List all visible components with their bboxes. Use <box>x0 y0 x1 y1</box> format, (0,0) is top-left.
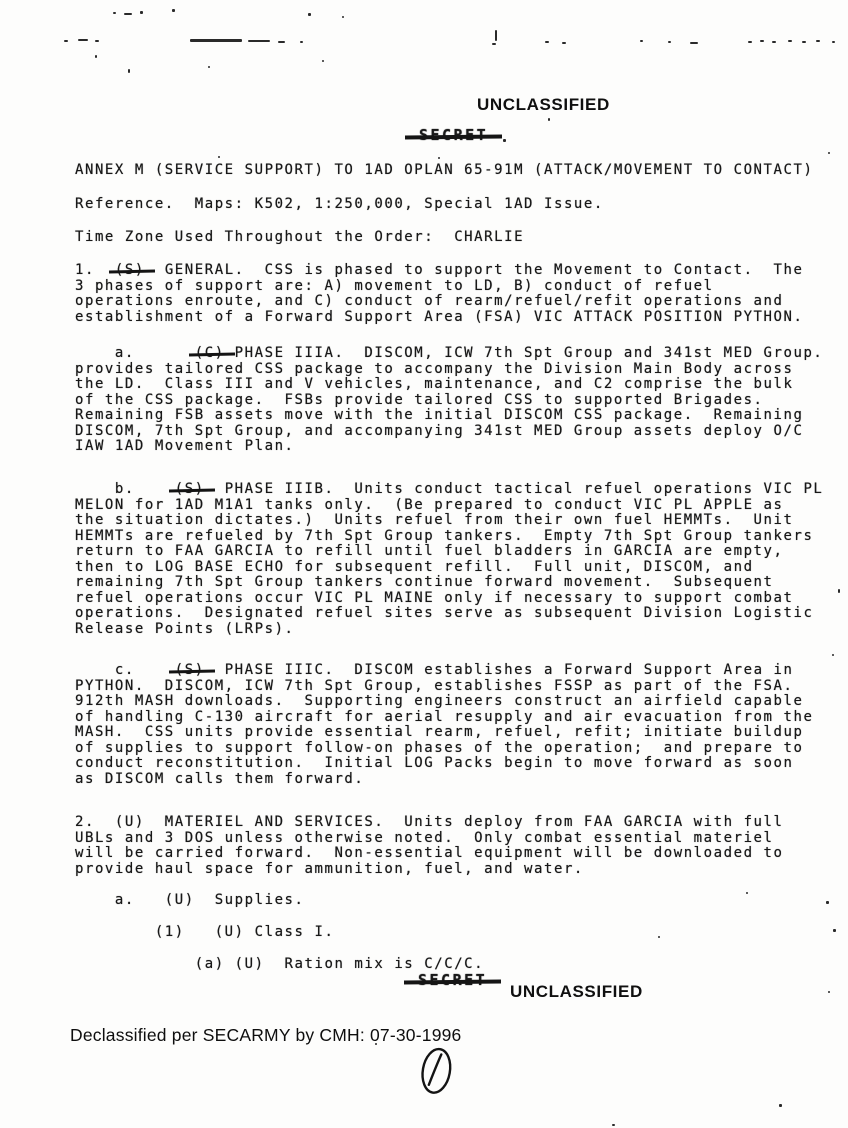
paragraph-line: the situation dictates.) Units refuel fr… <box>75 513 823 529</box>
paragraph-line: Remaining FSB assets move with the initi… <box>75 408 823 424</box>
classification-mark: (S) <box>115 263 145 279</box>
paragraph-line: HEMMTs are refueled by 7th Spt Group tan… <box>75 529 823 545</box>
paragraph-line: remaining 7th Spt Group tankers continue… <box>75 575 823 591</box>
paragraph-line: 1. (S) GENERAL. CSS is phased to support… <box>75 263 803 279</box>
paragraph-phase-iiia: a. (C) PHASE IIIA. DISCOM, ICW 7th Spt G… <box>75 346 823 455</box>
paragraph-line: IAW 1AD Movement Plan. <box>75 439 823 455</box>
paragraph-phase-iiic: c. (S) PHASE IIIC. DISCOM establishes a … <box>75 663 813 787</box>
classification-stamp-top: UNCLASSIFIED <box>477 95 610 115</box>
paragraph-line: refuel operations occur VIC PL MAINE onl… <box>75 591 823 607</box>
paragraph-line: provide haul space for ammunition, fuel,… <box>75 862 784 878</box>
paragraph-line: establishment of a Forward Support Area … <box>75 310 803 326</box>
classification-mark: (C) <box>195 346 225 362</box>
paragraph-line: 2. (U) MATERIEL AND SERVICES. Units depl… <box>75 815 784 831</box>
paragraph-line: return to FAA GARCIA to refill until fue… <box>75 544 823 560</box>
paragraph-line: 3 phases of support are: A) movement to … <box>75 279 803 295</box>
circled-page-number <box>414 1044 460 1102</box>
paragraph-line: of the CSS package. FSBs provide tailore… <box>75 393 823 409</box>
secret-stamp-bottom: SECRET <box>418 971 487 989</box>
paragraph-line: a. (C) PHASE IIIA. DISCOM, ICW 7th Spt G… <box>75 346 823 362</box>
reference-line: Reference. Maps: K502, 1:250,000, Specia… <box>75 197 604 213</box>
paragraph-general: 1. (S) GENERAL. CSS is phased to support… <box>75 263 803 325</box>
paragraph-line: DISCOM, 7th Spt Group, and accompanying … <box>75 424 823 440</box>
paragraph-line: conduct reconstitution. Initial LOG Pack… <box>75 756 813 772</box>
paragraph-line: the LD. Class III and V vehicles, mainte… <box>75 377 823 393</box>
secret-stamp-top: SECRET <box>419 126 488 144</box>
subitem-class-i: (1) (U) Class I. <box>75 925 334 941</box>
paragraph-line: MELON for 1AD M1A1 tanks only. (Be prepa… <box>75 498 823 514</box>
paragraph-line: of handling C-130 aircraft for aerial re… <box>75 710 813 726</box>
time-zone-line: Time Zone Used Throughout the Order: CHA… <box>75 230 524 246</box>
classification-mark: (S) <box>175 482 205 498</box>
document-page: UNCLASSIFIED SECRET ANNEX M (SERVICE SUP… <box>0 0 848 1128</box>
paragraph-line: UBLs and 3 DOS unless otherwise noted. O… <box>75 831 784 847</box>
paragraph-line: provides tailored CSS package to accompa… <box>75 362 823 378</box>
paragraph-line: will be carried forward. Non-essential e… <box>75 846 784 862</box>
paragraph-line: c. (S) PHASE IIIC. DISCOM establishes a … <box>75 663 813 679</box>
paragraph-line: operations. Designated refuel sites serv… <box>75 606 823 622</box>
subitem-supplies: a. (U) Supplies. <box>75 893 305 909</box>
paragraph-line: MASH. CSS units provide essential rearm,… <box>75 725 813 741</box>
paragraph-line: 912th MASH downloads. Supporting enginee… <box>75 694 813 710</box>
paragraph-phase-iiib: b. (S) PHASE IIIB. Units conduct tactica… <box>75 482 823 637</box>
paragraph-line: b. (S) PHASE IIIB. Units conduct tactica… <box>75 482 823 498</box>
paragraph-line: operations enroute, and C) conduct of re… <box>75 294 803 310</box>
classification-stamp-bottom: UNCLASSIFIED <box>510 982 643 1002</box>
classification-mark: (S) <box>175 663 205 679</box>
paragraph-line: PYTHON. DISCOM, ICW 7th Spt Group, estab… <box>75 679 813 695</box>
paragraph-line: as DISCOM calls them forward. <box>75 772 813 788</box>
declassified-note: Declassified per SECARMY by CMH: 07-30-1… <box>70 1025 462 1046</box>
paragraph-line: then to LOG BASE ECHO for subsequent ref… <box>75 560 823 576</box>
paragraph-line: Release Points (LRPs). <box>75 622 823 638</box>
paragraph-materiel: 2. (U) MATERIEL AND SERVICES. Units depl… <box>75 815 784 877</box>
paragraph-line: of supplies to support follow-on phases … <box>75 741 813 757</box>
annex-title: ANNEX M (SERVICE SUPPORT) TO 1AD OPLAN 6… <box>75 163 813 179</box>
